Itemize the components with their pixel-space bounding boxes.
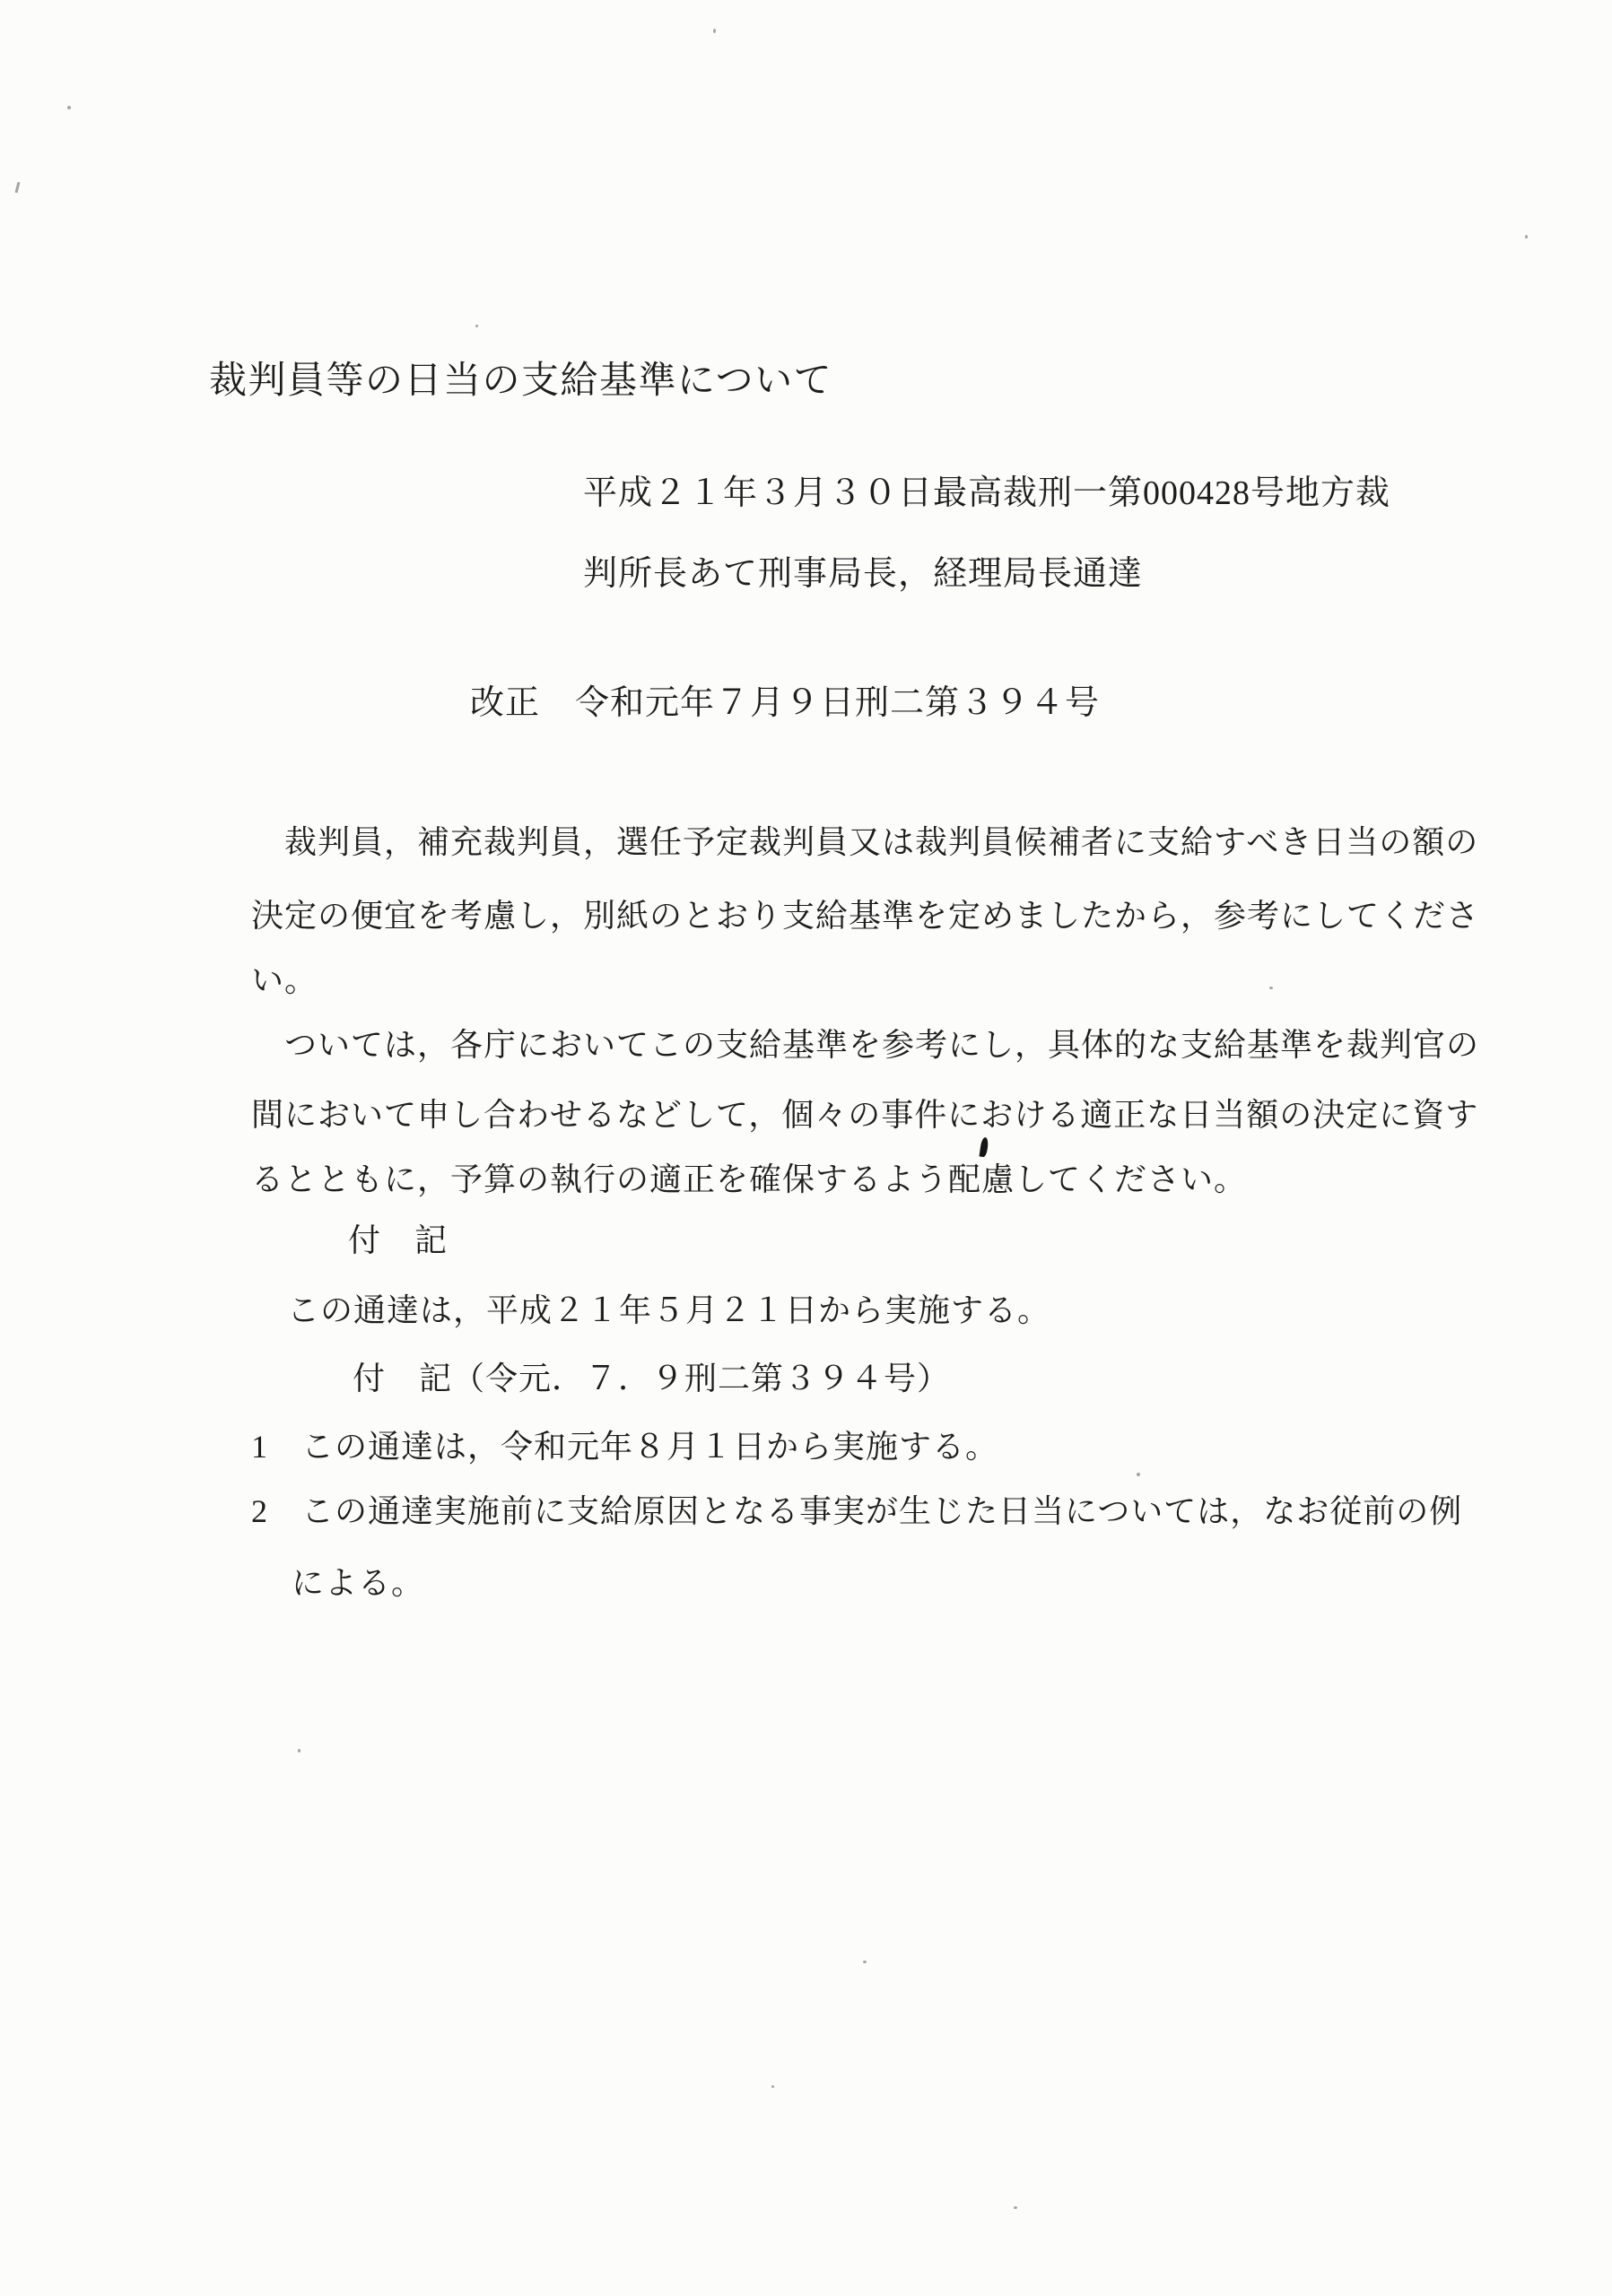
scan-speck: [1525, 235, 1528, 239]
scanned-document-page: 裁判員等の日当の支給基準について 平成２１年３月３０日最高裁刑一第000428号…: [0, 0, 1612, 2296]
scan-speck: [1014, 2206, 1017, 2209]
document-title: 裁判員等の日当の支給基準について: [209, 359, 832, 404]
scan-speck: [863, 1961, 867, 1963]
supplementary-note-2-heading: 付 記（令元．７．９刑二第３９４号）: [353, 1360, 950, 1398]
supplementary-note-2-item-2-line-1: 2 この通達実施前に支給原因となる事実が生じた日当については，なお従前の例: [251, 1492, 1462, 1531]
issuance-line-1: 平成２１年３月３０日最高裁刑一第000428号地方裁: [583, 474, 1390, 515]
supplementary-note-2-item-2-line-2: による。: [292, 1564, 424, 1603]
scan-speck: [713, 29, 716, 33]
scan-speck: [771, 2085, 774, 2088]
paragraph1-line-1: 裁判員，補充裁判員，選任予定裁判員又は裁判員候補者に支給すべき日当の額の: [251, 823, 1478, 862]
supplementary-note-1-heading: 付 記: [348, 1222, 448, 1260]
paragraph2-line-2: 間において申し合わせるなどして，個々の事件における適正な日当額の決定に資す: [251, 1096, 1478, 1135]
ink-blot-artifact: [980, 1137, 989, 1158]
scan-speck: [1137, 1473, 1140, 1476]
scan-speck: [298, 1749, 301, 1752]
paragraph2-line-1: ついては，各庁においてこの支給基準を参考にし，具体的な支給基準を裁判官の: [251, 1026, 1479, 1065]
supplementary-note-2-item-1: 1 この通達は，令和元年８月１日から実施する。: [251, 1428, 998, 1466]
scan-edge-tick: [15, 182, 21, 193]
amendment-line: 改正 令和元年７月９日刑二第３９４号: [470, 683, 1100, 725]
paragraph2-line-3: るとともに，予算の執行の適正を確保するよう配慮してください。: [251, 1161, 1247, 1199]
paragraph1-line-2: 決定の便宜を考慮し，別紙のとおり支給基準を定めましたから，参考にしてくださ: [251, 897, 1479, 935]
paragraph1-line-3: い。: [251, 961, 318, 1000]
scan-speck: [475, 325, 478, 327]
scan-speck: [67, 106, 71, 109]
issuance-line-2: 判所長あて刑事局長，経理局長通達: [583, 554, 1143, 596]
supplementary-note-1-body: この通達は，平成２１年５月２１日から実施する。: [287, 1291, 1050, 1330]
scan-speck: [1269, 987, 1273, 989]
